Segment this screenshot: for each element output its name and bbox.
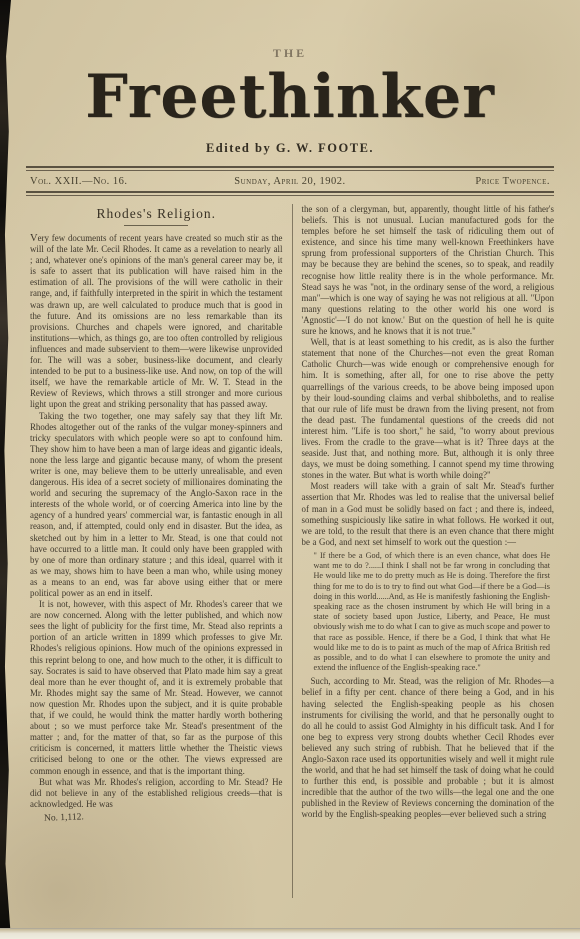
masthead: THE Freethinker Edited by G. W. FOOTE.	[0, 0, 580, 156]
block-quote: " If there be a God, of which there is a…	[314, 551, 551, 673]
dateline: Vol. XXII.—No. 16. Sunday, April 20, 190…	[30, 171, 550, 191]
article-body: Rhodes's Religion. Very few documents of…	[30, 204, 554, 898]
paragraph: Most readers will take with a grain of s…	[302, 481, 555, 548]
issue-date: Sunday, April 20, 1902.	[202, 176, 379, 187]
title-rule	[124, 225, 188, 226]
paragraph: the son of a clergyman, but, apparently,…	[302, 204, 555, 337]
paragraph: Such, according to Mr. Stead, was the re…	[302, 676, 555, 820]
issue-number: No. 1,112.	[30, 812, 100, 824]
right-column: the son of a clergyman, but, apparently,…	[293, 204, 555, 898]
publication-title: Freethinker	[0, 67, 580, 127]
article-title: Rhodes's Religion.	[30, 206, 283, 222]
scan-bottom-edge	[0, 928, 580, 939]
masthead-the: THE	[0, 46, 580, 61]
paragraph: Very few documents of recent years have …	[30, 233, 283, 411]
editor-byline: Edited by G. W. FOOTE.	[0, 141, 580, 156]
paragraph: Well, that is at least something to his …	[302, 337, 555, 481]
price: Price Twopence.	[378, 176, 550, 187]
newspaper-page: THE Freethinker Edited by G. W. FOOTE. V…	[0, 0, 580, 939]
paragraph: But what was Mr. Rhodes's religion, acco…	[30, 777, 283, 810]
divider-rule-bottom	[26, 191, 554, 196]
left-column: Rhodes's Religion. Very few documents of…	[30, 204, 292, 898]
paragraph: Taking the two together, one may safely …	[30, 411, 283, 600]
paragraph: It is not, however, with this aspect of …	[30, 599, 283, 777]
volume-number: Vol. XXII.—No. 16.	[30, 176, 202, 187]
